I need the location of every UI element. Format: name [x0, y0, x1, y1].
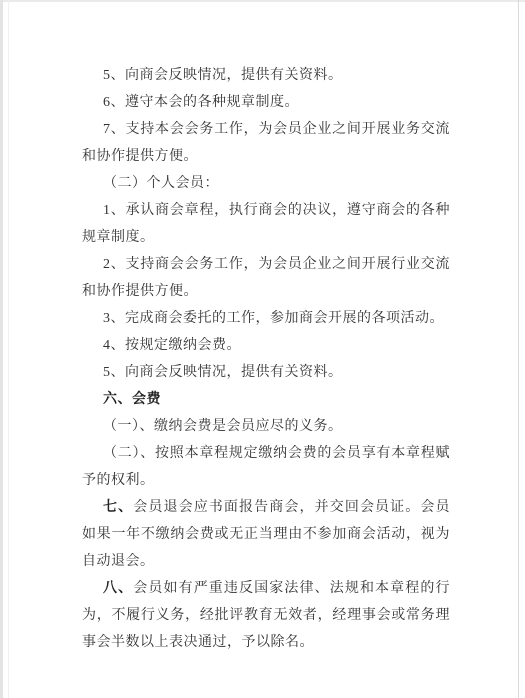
text-run: （二）、按照本章程规定缴纳会费的会员享有本章程赋予的权利。 [82, 446, 450, 488]
paragraph-withdrawal-rule: 七、会员退会应书面报告商会，并交回会员证。会员如果一年不缴纳会费或无正当理由不参… [82, 494, 450, 575]
text-run: 3、完成商会委托的工作，参加商会开展的各项活动。 [103, 311, 444, 326]
text-run: 7、支持本会会务工作，为会员企业之间开展业务交流和协作提供方便。 [82, 122, 450, 164]
heading-membership-fees: 六、会费 [82, 386, 450, 413]
paragraph-obligation-5: 5、向商会反映情况，提供有关资料。 [82, 62, 450, 89]
paragraph-individual-3: 3、完成商会委托的工作，参加商会开展的各项活动。 [82, 305, 450, 332]
bold-run: 八、 [103, 581, 133, 596]
text-run: 5、向商会反映情况，提供有关资料。 [103, 365, 343, 380]
paragraph-fee-2: （二）、按照本章程规定缴纳会费的会员享有本章程赋予的权利。 [82, 440, 450, 494]
paragraph-individual-4: 4、按规定缴纳会费。 [82, 332, 450, 359]
text-run: 会员如有严重违反国家法律、法规和本章程的行为，不履行义务，经批评教育无效者，经理… [82, 581, 450, 650]
paragraph-expulsion-rule: 八、会员如有严重违反国家法律、法规和本章程的行为，不履行义务，经批评教育无效者，… [82, 575, 450, 656]
page-top-border [0, 0, 525, 2]
window-left-edge [0, 0, 3, 698]
text-run: 6、遵守本会的各种规章制度。 [103, 95, 299, 110]
paragraph-individual-1: 1、承认商会章程，执行商会的决议，遵守商会的各种规章制度。 [82, 197, 450, 251]
paragraph-section-individual-members: （二）个人会员： [82, 170, 450, 197]
paragraph-individual-2: 2、支持商会会务工作，为会员企业之间开展行业交流和协作提供方便。 [82, 251, 450, 305]
text-run: 4、按规定缴纳会费。 [103, 338, 241, 353]
paragraph-obligation-6: 6、遵守本会的各种规章制度。 [82, 89, 450, 116]
page-right-border [518, 0, 519, 698]
text-run: 2、支持商会会务工作，为会员企业之间开展行业交流和协作提供方便。 [82, 257, 450, 299]
paragraph-obligation-7: 7、支持本会会务工作，为会员企业之间开展业务交流和协作提供方便。 [82, 116, 450, 170]
bold-run: 七、 [103, 500, 133, 515]
bold-run: 六、会费 [103, 392, 161, 407]
paragraph-individual-5: 5、向商会反映情况，提供有关资料。 [82, 359, 450, 386]
text-run: 1、承认商会章程，执行商会的决议，遵守商会的各种规章制度。 [82, 203, 450, 245]
text-run: 5、向商会反映情况，提供有关资料。 [103, 68, 343, 83]
text-run: （二）个人会员： [103, 176, 219, 191]
document-content: 5、向商会反映情况，提供有关资料。 6、遵守本会的各种规章制度。 7、支持本会会… [82, 62, 450, 656]
text-run: （一）、缴纳会费是会员应尽的义务。 [103, 419, 343, 434]
page-left-shadow-line [8, 0, 9, 698]
document-page: 5、向商会反映情况，提供有关资料。 6、遵守本会的各种规章制度。 7、支持本会会… [0, 0, 525, 698]
text-run: 会员退会应书面报告商会，并交回会员证。会员如果一年不缴纳会费或无正当理由不参加商… [82, 500, 450, 569]
paragraph-fee-1: （一）、缴纳会费是会员应尽的义务。 [82, 413, 450, 440]
